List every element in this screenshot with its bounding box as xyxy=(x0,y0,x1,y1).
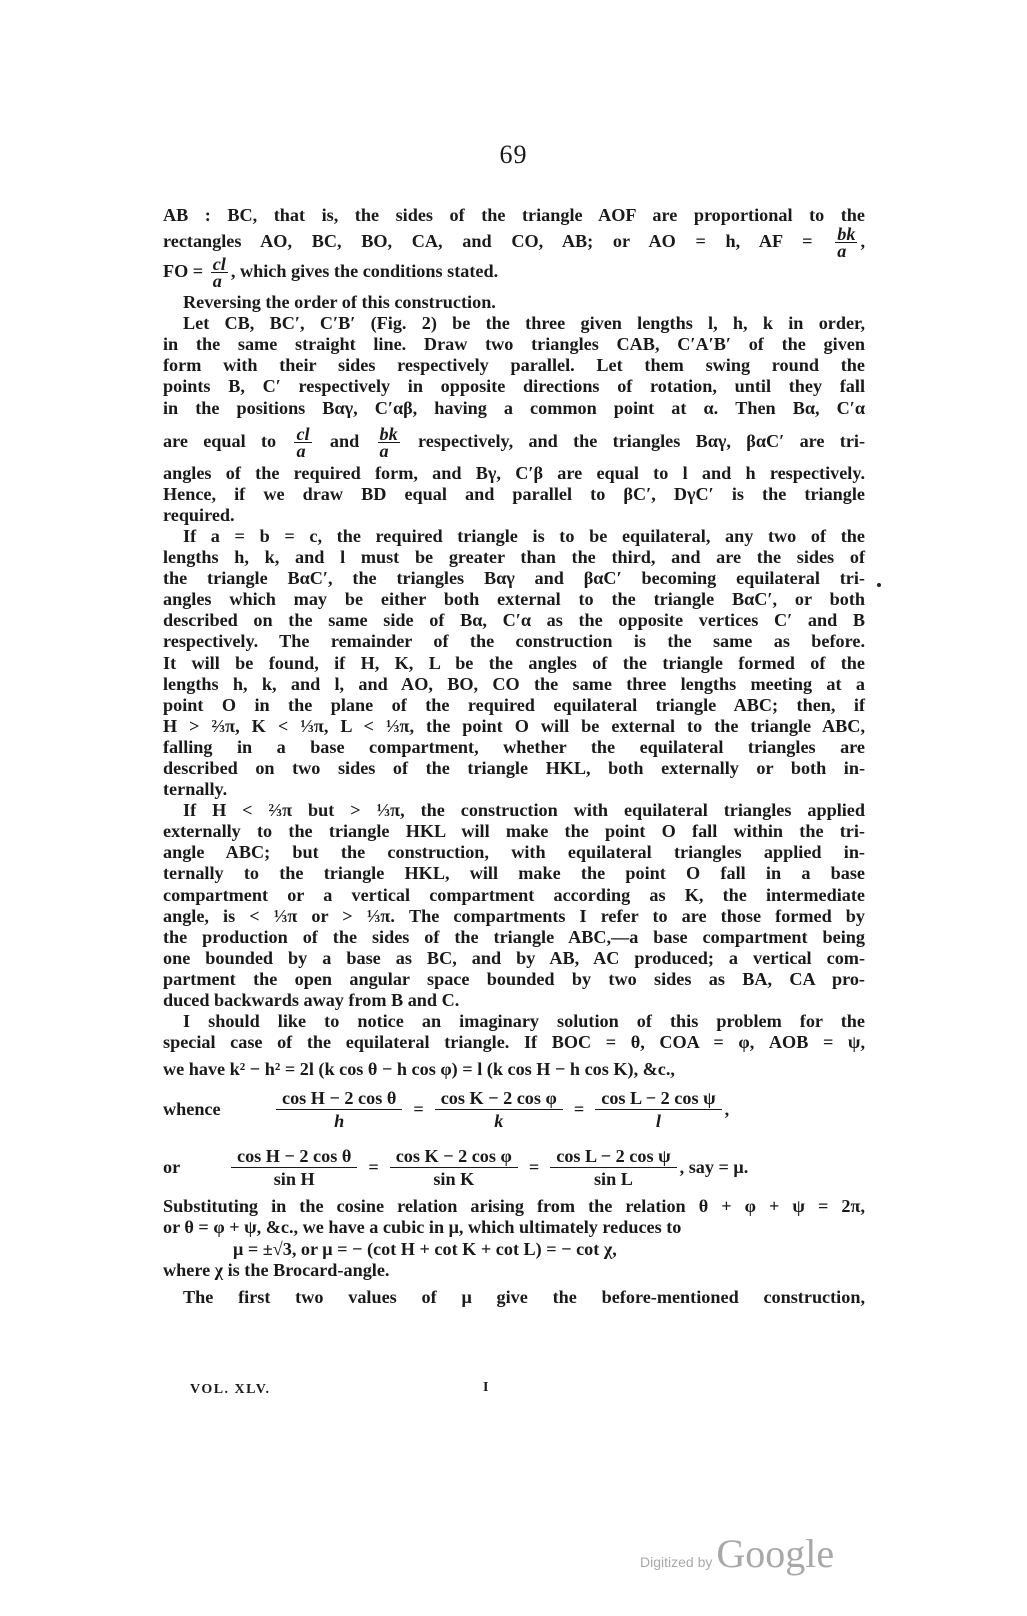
text-line: partment the open angular space bounded … xyxy=(163,969,865,990)
text-line: points B, C′ respectively in opposite di… xyxy=(163,376,865,397)
fraction: cos H − 2 cos θh xyxy=(276,1087,402,1132)
text-line: ternally. xyxy=(163,779,865,800)
text-line: Substituting in the cosine relation aris… xyxy=(163,1196,865,1217)
fraction: cos K − 2 cos φsin K xyxy=(390,1145,518,1190)
text-line: respectively. The remainder of the const… xyxy=(163,631,865,652)
text-line: in the same straight line. Draw two tria… xyxy=(163,334,865,355)
article-body: AB : BC, that is, the sides of the trian… xyxy=(163,205,865,1308)
text-fragment: FO = xyxy=(163,261,203,281)
footer-volume: VOL. XLV. xyxy=(190,1382,271,1398)
text-line: AB : BC, that is, the sides of the trian… xyxy=(163,205,865,226)
fraction-bk-over-a: bka xyxy=(835,226,857,259)
paragraph-1: AB : BC, that is, the sides of the trian… xyxy=(163,205,865,286)
equation-tail: , say = μ. xyxy=(680,1157,749,1178)
fraction-cl-over-a: cla xyxy=(294,426,311,459)
text-line: I should like to notice an imaginary sol… xyxy=(163,1011,865,1032)
text-line: one bounded by a base as BC, and by AB, … xyxy=(163,948,865,969)
text-line: compartment or a vertical compartment ac… xyxy=(163,885,865,906)
text-line: are equal to cla and bka respectively, a… xyxy=(163,419,865,463)
page-number: 69 xyxy=(0,140,1027,170)
text-line: angle ABC; but the construction, with eq… xyxy=(163,842,865,863)
text-line: lengths h, k, and l must be greater than… xyxy=(163,547,865,568)
equals-sign: = xyxy=(413,1099,423,1120)
equals-sign: = xyxy=(574,1099,584,1120)
text-line: point O in the plane of the required equ… xyxy=(163,695,865,716)
footer-signature: I xyxy=(483,1380,488,1396)
equals-sign: = xyxy=(529,1157,539,1178)
paragraph-2: Reversing the order of this construction… xyxy=(163,292,865,313)
equation-whence: whence cos H − 2 cos θh = cos K − 2 cos … xyxy=(163,1080,865,1138)
text-line: The first two values of μ give the befor… xyxy=(163,1287,865,1308)
text-line: rectangles AO, BC, BO, CA, and CO, AB; o… xyxy=(163,226,865,256)
text-line: externally to the triangle HKL will make… xyxy=(163,821,865,842)
text-line: angles of the required form, and Bγ, C′β… xyxy=(163,463,865,484)
paragraph-4: If a = b = c, the required triangle is t… xyxy=(163,526,865,800)
text-line: the triangle BαC′, the triangles Bαγ and… xyxy=(163,568,865,589)
paragraph-8: The first two values of μ give the befor… xyxy=(163,1287,865,1308)
fraction: cos L − 2 cos ψsin L xyxy=(550,1145,676,1190)
text-fragment: , xyxy=(860,231,865,251)
text-line: If a = b = c, the required triangle is t… xyxy=(163,526,865,547)
equation-or: or cos H − 2 cos θsin H = cos K − 2 cos … xyxy=(163,1138,865,1196)
text-line: angle, is < ⅓π or > ⅓π. The compartments… xyxy=(163,906,865,927)
text-fragment: rectangles AO, BC, BO, CA, and CO, AB; o… xyxy=(163,231,813,251)
paragraph-6: I should like to notice an imaginary sol… xyxy=(163,1011,865,1080)
text-fragment: and xyxy=(330,431,359,451)
equation-line: μ = ±√3, or μ = − (cot H + cot K + cot L… xyxy=(163,1239,865,1260)
google-logo: Google xyxy=(716,1530,834,1577)
equation-label: or xyxy=(163,1157,228,1178)
equation-tail: , xyxy=(725,1099,730,1120)
text-line: It will be found, if H, K, L be the angl… xyxy=(163,653,865,674)
fraction-cl-over-a: cla xyxy=(211,256,228,289)
text-line: the production of the sides of the trian… xyxy=(163,927,865,948)
text-line: If H < ⅔π but > ⅓π, the construction wit… xyxy=(163,800,865,821)
text-line: Hence, if we draw BD equal and parallel … xyxy=(163,484,865,505)
text-fragment: respectively, and the triangles Bαγ, βαC… xyxy=(418,431,865,451)
text-fragment: , which gives the conditions stated. xyxy=(231,261,498,281)
text-line: we have k² − h² = 2l (k cos θ − h cos φ)… xyxy=(163,1059,865,1080)
fraction: cos L − 2 cos ψl xyxy=(595,1087,721,1132)
text-line: lengths h, k, and l, and AO, BO, CO the … xyxy=(163,674,865,695)
text-line: duced backwards away from B and C. xyxy=(163,990,865,1011)
text-line: FO = cla, which gives the conditions sta… xyxy=(163,256,865,286)
text-line: described on two sides of the triangle H… xyxy=(163,758,865,779)
paragraph-7: Substituting in the cosine relation aris… xyxy=(163,1196,865,1280)
digitized-watermark: Digitized by Google xyxy=(640,1530,834,1577)
fraction: cos K − 2 cos φk xyxy=(435,1087,563,1132)
text-line: H > ⅔π, K < ⅓π, L < ⅓π, the point O will… xyxy=(163,716,865,737)
text-line: falling in a base compartment, whether t… xyxy=(163,737,865,758)
text-line: required. xyxy=(163,505,865,526)
text-fragment: are equal to xyxy=(163,431,276,451)
text-line: ternally to the triangle HKL, will make … xyxy=(163,863,865,884)
text-line: Let CB, BC′, C′B′ (Fig. 2) be the three … xyxy=(163,313,865,334)
fraction-bk-over-a: bka xyxy=(378,426,400,459)
paragraph-5: If H < ⅔π but > ⅓π, the construction wit… xyxy=(163,800,865,1011)
paragraph-3: Let CB, BC′, C′B′ (Fig. 2) be the three … xyxy=(163,313,865,526)
margin-mark xyxy=(877,583,881,587)
equation-label: whence xyxy=(163,1099,273,1120)
text-line: in the positions Bαγ, C′αβ, having a com… xyxy=(163,398,865,419)
fraction: cos H − 2 cos θsin H xyxy=(231,1145,357,1190)
text-line: form with their sides respectively paral… xyxy=(163,355,865,376)
text-line: where χ is the Brocard-angle. xyxy=(163,1260,865,1281)
text-line: or θ = φ + ψ, &c., we have a cubic in μ,… xyxy=(163,1217,865,1238)
text-line: special case of the equilateral triangle… xyxy=(163,1032,865,1053)
equals-sign: = xyxy=(368,1157,378,1178)
text-line: angles which may be either both external… xyxy=(163,589,865,610)
text-line: described on the same side of Bα, C′α as… xyxy=(163,610,865,631)
watermark-prefix: Digitized by xyxy=(640,1554,712,1570)
